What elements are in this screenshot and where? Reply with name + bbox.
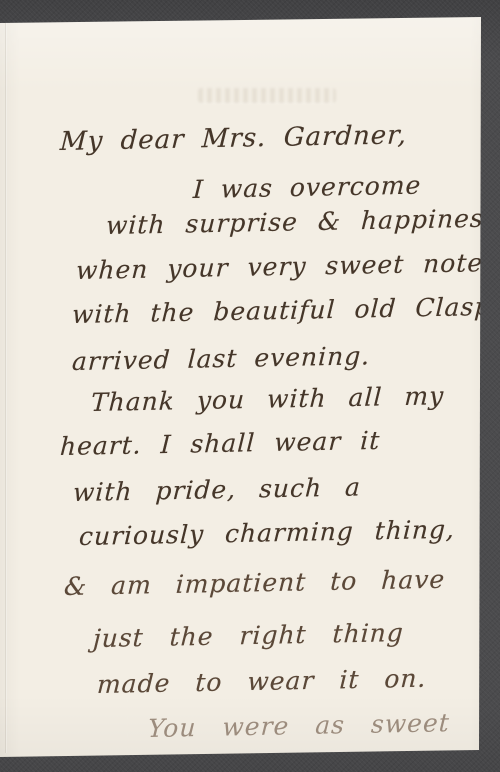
photo-background: My dear Mrs. Gardner, I was overcome wit… bbox=[0, 0, 500, 772]
handwriting-line: made to wear it on. bbox=[96, 663, 427, 702]
handwriting-line: heart. I shall wear it bbox=[59, 425, 381, 464]
handwriting-line: Thank you with all my bbox=[90, 380, 445, 419]
handwriting-line: I was overcome bbox=[192, 170, 422, 207]
handwriting-line: just the right thing bbox=[92, 617, 404, 656]
handwriting-line-salutation: My dear Mrs. Gardner, bbox=[59, 119, 408, 159]
handwriting-line-faded: You were as sweet bbox=[147, 707, 450, 745]
handwriting-line: curiously charming thing, bbox=[78, 514, 456, 554]
handwriting-line: when your very sweet note bbox=[75, 247, 484, 287]
handwriting-line: & am impatient to have bbox=[63, 564, 446, 604]
handwriting-line: with the beautiful old Clasp bbox=[71, 291, 492, 332]
handwriting-line: arrived last evening. bbox=[71, 340, 371, 378]
handwriting-line: with pride, such a bbox=[72, 471, 362, 509]
embossed-letterhead bbox=[198, 88, 336, 103]
paper-crease bbox=[5, 23, 6, 753]
handwriting-line: with surprise & happiness bbox=[105, 202, 498, 242]
letter-paper: My dear Mrs. Gardner, I was overcome wit… bbox=[0, 0, 500, 772]
